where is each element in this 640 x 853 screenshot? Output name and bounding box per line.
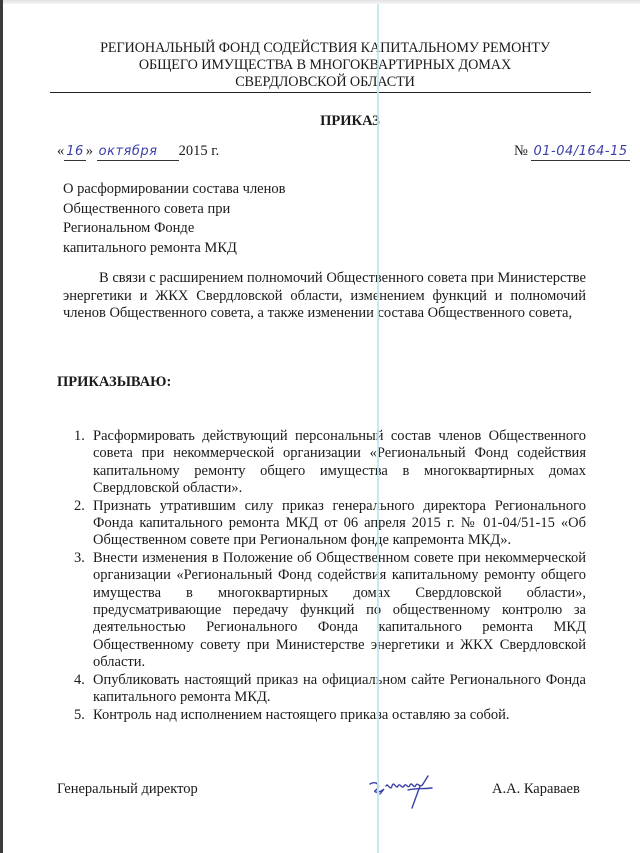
order-item-number: 2.	[74, 498, 85, 515]
date-day-handwritten: 16	[64, 144, 86, 161]
order-item-text: Внести изменения в Положение об Обществе…	[93, 550, 586, 670]
order-item-number: 3.	[74, 550, 85, 567]
order-item-number: 5.	[74, 707, 85, 724]
document-title: ПРИКАЗ	[30, 113, 640, 130]
order-item-text: Признать утратившим силу приказ генераль…	[93, 498, 586, 549]
date-open-quote: «	[57, 143, 64, 160]
date-year: 2015 г.	[179, 143, 220, 160]
order-item-text: Расформировать действующий персональный …	[93, 428, 586, 496]
order-item: 5. Контроль над исполнением настоящего п…	[74, 707, 586, 724]
signatory-name: А.А. Караваев	[492, 781, 580, 798]
order-item-number: 1.	[74, 428, 85, 445]
subject-line: капитального ремонта МКД	[63, 239, 285, 259]
subject-line: Региональном Фонде	[63, 219, 285, 239]
header-line: СВЕРДЛОВСКОЙ ОБЛАСТИ	[60, 74, 590, 91]
document-number: № 01-04/164-15	[514, 143, 630, 161]
header-line: РЕГИОНАЛЬНЫЙ ФОНД СОДЕЙСТВИЯ КАПИТАЛЬНОМ…	[60, 40, 590, 57]
scan-fold-line	[377, 4, 379, 853]
subject-line: Общественного совета при	[63, 200, 285, 220]
number-prefix: №	[514, 143, 528, 160]
order-item: 3. Внести изменения в Положение об Общес…	[74, 550, 586, 672]
handwritten-signature-icon	[368, 772, 448, 814]
order-item: 4. Опубликовать настоящий приказ на офиц…	[74, 672, 586, 707]
subject-line: О расформировании состава членов	[63, 180, 285, 200]
document-subject: О расформировании состава членов Обществ…	[63, 180, 285, 258]
order-item: 1. Расформировать действующий персональн…	[74, 428, 586, 498]
date-month-handwritten: октября	[97, 144, 179, 161]
preamble-paragraph: В связи с расширением полномочий Обществ…	[63, 270, 586, 323]
order-items-list: 1. Расформировать действующий персональн…	[74, 428, 586, 724]
number-value-handwritten: 01-04/164-15	[531, 144, 629, 161]
order-item-text: Контроль над исполнением настоящего прик…	[93, 707, 509, 723]
order-item: 2. Признать утратившим силу приказ генер…	[74, 498, 586, 550]
scan-left-edge	[0, 0, 3, 853]
scan-top-strip	[3, 0, 640, 4]
signatory-position: Генеральный директор	[57, 781, 198, 798]
header-line: ОБЩЕГО ИМУЩЕСТВА В МНОГОКВАРТИРНЫХ ДОМАХ	[60, 57, 590, 74]
header-divider	[50, 92, 591, 93]
document-date: « 16 » октября 2015 г.	[57, 143, 219, 161]
order-item-text: Опубликовать настоящий приказ на официал…	[93, 672, 586, 705]
order-item-number: 4.	[74, 672, 85, 689]
organization-header: РЕГИОНАЛЬНЫЙ ФОНД СОДЕЙСТВИЯ КАПИТАЛЬНОМ…	[60, 40, 590, 91]
date-close-quote: »	[86, 143, 93, 160]
order-heading: ПРИКАЗЫВАЮ:	[57, 374, 171, 391]
